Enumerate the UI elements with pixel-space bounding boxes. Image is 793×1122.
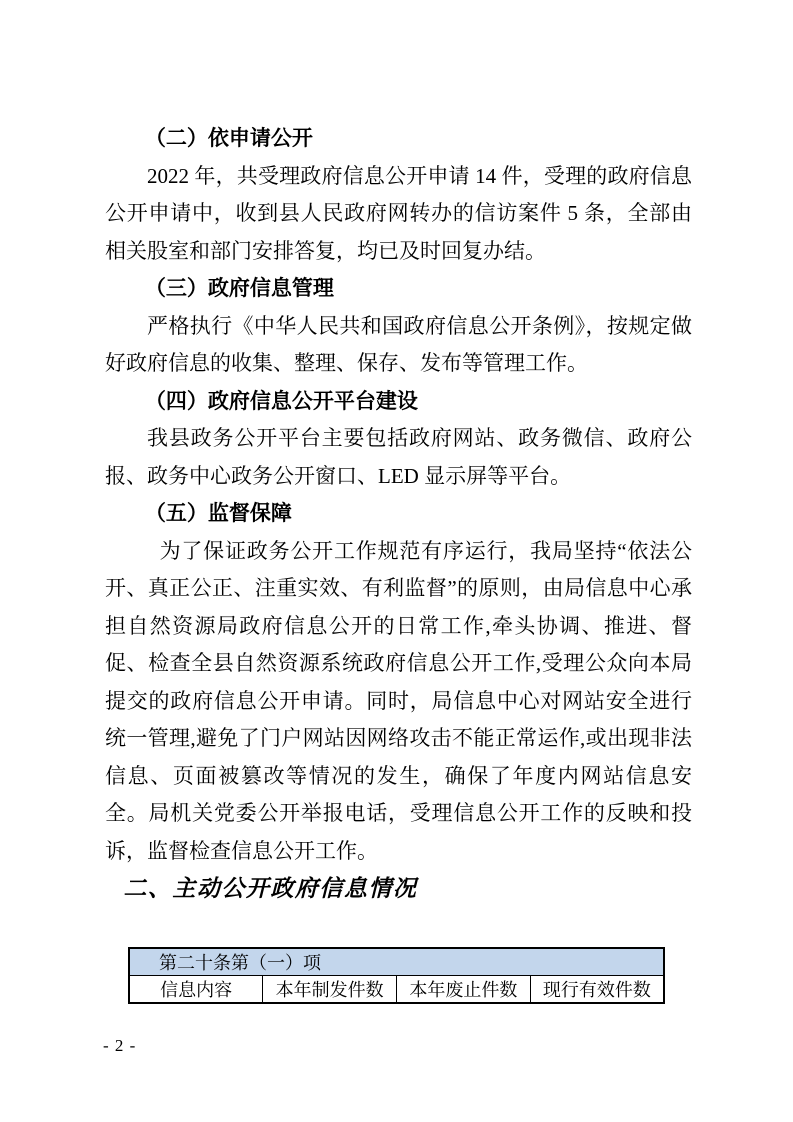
- heading-supervision-guarantee: （五）监督保障: [105, 495, 692, 533]
- paragraph-supervision-guarantee: 为了保证政务公开工作规范有序运行，我局坚持“依法公开、真正公正、注重实效、有利监…: [105, 533, 692, 871]
- disclosure-statistics-table: 第二十条第（一）项 信息内容 本年制发件数 本年废止件数 现行有效件数: [128, 947, 665, 1004]
- paragraph-platform-construction: 我县政务公开平台主要包括政府网站、政务微信、政府公报、政务中心政务公开窗口、LE…: [105, 420, 692, 495]
- column-header-info-content: 信息内容: [129, 975, 263, 1003]
- footer-page-number: - 2 -: [103, 1036, 136, 1056]
- column-header-currently-valid: 现行有效件数: [530, 975, 664, 1003]
- column-header-abolished-this-year: 本年废止件数: [397, 975, 531, 1003]
- table-title-cell: 第二十条第（一）项: [129, 948, 664, 976]
- section-heading-proactive-disclosure: 二、主动公开政府信息情况: [105, 870, 692, 908]
- heading-information-management: （三）政府信息管理: [105, 270, 692, 308]
- column-header-issued-this-year: 本年制发件数: [263, 975, 397, 1003]
- content-area: （二）依申请公开 2022 年，共受理政府信息公开申请 14 件，受理的政府信息…: [105, 0, 692, 1004]
- table-header-row: 信息内容 本年制发件数 本年废止件数 现行有效件数: [129, 975, 664, 1003]
- document-page: （二）依申请公开 2022 年，共受理政府信息公开申请 14 件，受理的政府信息…: [0, 0, 793, 1122]
- heading-platform-construction: （四）政府信息公开平台建设: [105, 383, 692, 421]
- paragraph-application-disclosure: 2022 年，共受理政府信息公开申请 14 件，受理的政府信息公开申请中，收到县…: [105, 158, 692, 271]
- table-title-row: 第二十条第（一）项: [129, 948, 664, 976]
- heading-application-disclosure: （二）依申请公开: [105, 120, 692, 158]
- paragraph-information-management: 严格执行《中华人民共和国政府信息公开条例》，按规定做好政府信息的收集、整理、保存…: [105, 308, 692, 383]
